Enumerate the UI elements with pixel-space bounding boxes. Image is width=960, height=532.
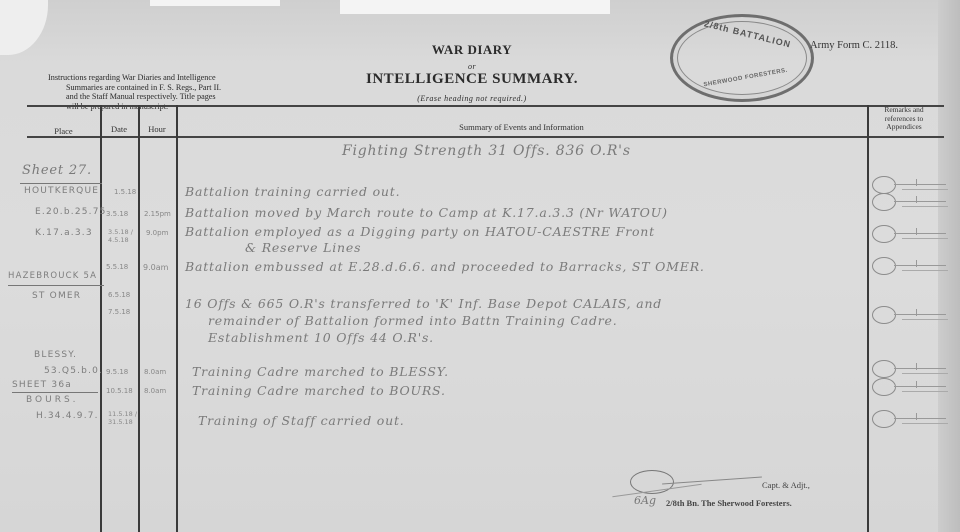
erase-note: (Erase heading not required.)	[0, 94, 952, 103]
war-diary-page: Instructions regarding War Diaries and I…	[0, 0, 960, 532]
summary-entry: Battalion training carried out.	[185, 184, 400, 199]
date-cell: 11.5.18 / 31.5.18	[108, 410, 138, 426]
place-hazebrouck: HAZEBROUCK 5A	[8, 271, 97, 281]
stamp-top-text: 2/8th BATTALION	[703, 18, 792, 49]
header-place: Place	[27, 126, 100, 136]
date-cell: 7.5.18	[108, 308, 130, 316]
header-hour: Hour	[138, 124, 176, 134]
col-divider	[138, 105, 140, 532]
remarks-initials	[872, 225, 952, 243]
stamp-bottom-text: SHERWOOD FORESTERS.	[703, 68, 788, 89]
hour-cell: 8.0am	[144, 368, 166, 376]
hour-cell: 2.15pm	[144, 210, 171, 218]
place-grid-ref: 53.Q5.b.0.	[44, 366, 103, 376]
header-date: Date	[100, 124, 138, 134]
summary-entry: Establishment 10 Offs 44 O.R's.	[208, 330, 434, 345]
summary-entry: Battalion employed as a Digging party on…	[185, 224, 655, 239]
summary-entry: 16 Offs & 665 O.R's transferred to 'K' I…	[185, 296, 662, 311]
army-form-number: Army Form C. 2118.	[810, 40, 898, 51]
torn-edge	[340, 0, 610, 14]
place-underline	[8, 285, 104, 286]
place-st-omer: ST OMER	[32, 291, 81, 301]
summary-entry: Battalion moved by March route to Camp a…	[185, 205, 668, 220]
place-grid-ref: E.20.b.25.75	[35, 207, 107, 217]
date-cell: 1.5.18	[114, 188, 136, 196]
header-remarks: Remarks and references to Appendices	[868, 106, 940, 132]
col-divider	[176, 105, 178, 532]
header-bottom-rule	[27, 136, 944, 138]
summary-entry: Training of Staff carried out.	[198, 413, 405, 428]
summary-entry: Training Cadre marched to BOURS.	[192, 383, 446, 398]
summary-entry: remainder of Battalion formed into Battn…	[208, 313, 618, 328]
unit-name: 2/8th Bn. The Sherwood Foresters.	[666, 498, 792, 508]
place-grid-ref: K.17.a.3.3	[35, 228, 93, 238]
place-blessy: BLESSY.	[34, 350, 77, 360]
date-cell: 9.5.18	[106, 368, 128, 376]
place-sheet-36a: SHEET 36a	[12, 380, 72, 390]
remarks-initials	[872, 360, 952, 378]
place-grid-ref: H.34.4.9.7.	[36, 411, 99, 421]
hour-cell: 9.0am	[143, 263, 168, 272]
col-divider	[867, 105, 869, 532]
col-divider	[100, 105, 102, 532]
place-houtkerque: HOUTKERQUE	[24, 186, 99, 196]
summary-entry: Battalion embussed at E.28.d.6.6. and pr…	[185, 259, 705, 274]
header-summary: Summary of Events and Information	[176, 122, 867, 132]
remarks-initials	[872, 257, 952, 275]
capt-adjt-label: Capt. & Adjt.,	[762, 480, 810, 490]
date-cell: 6.5.18	[108, 291, 130, 299]
remarks-head-line: Appendices	[868, 123, 940, 132]
date-cell: 10.5.18	[106, 387, 133, 395]
hour-cell: 9.0pm	[146, 229, 168, 237]
place-underline	[20, 183, 102, 184]
remarks-initials	[872, 193, 952, 211]
place-sheet-27: Sheet 27.	[22, 163, 92, 178]
table-top-rule	[27, 105, 944, 107]
remarks-initials	[872, 176, 952, 194]
date-cell: 3.5.18	[106, 210, 128, 218]
place-underline	[12, 392, 98, 393]
remarks-initials	[872, 410, 952, 428]
date-cell: 5.5.18	[106, 263, 128, 271]
date-cell: 3.5.18 / 4.5.18	[108, 228, 138, 244]
torn-edge	[150, 0, 280, 6]
unit-prefix: 6Ag	[634, 494, 656, 507]
hour-cell: 8.0am	[144, 387, 166, 395]
signature	[612, 468, 762, 496]
summary-entry: Training Cadre marched to BLESSY.	[192, 364, 449, 379]
remarks-initials	[872, 378, 952, 396]
summary-entry: & Reserve Lines	[245, 240, 361, 255]
place-bours: BOURS.	[26, 395, 79, 405]
remarks-initials	[872, 306, 952, 324]
fighting-strength: Fighting Strength 31 Offs. 836 O.R's	[342, 143, 631, 159]
battalion-stamp: 2/8th BATTALION SHERWOOD FORESTERS.	[670, 14, 814, 102]
